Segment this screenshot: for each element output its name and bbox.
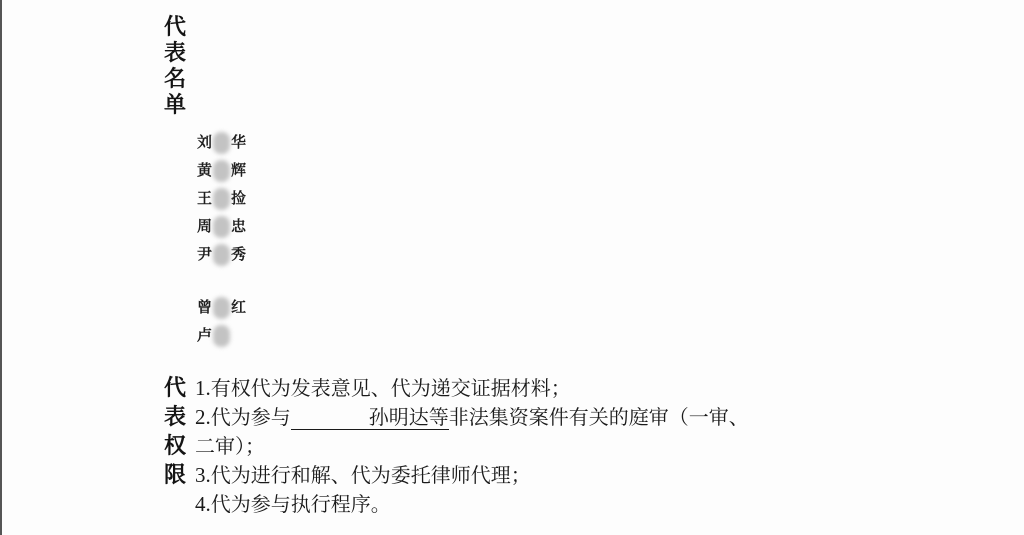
name-first-char: 曾 <box>196 293 213 321</box>
heading-char: 代 <box>162 15 188 41</box>
item-text: 代为进行和解、代为委托律师代理； <box>211 463 531 487</box>
document-page: 代 表 名 单 刘华 黄辉 王捡 周忠 尹秀 曾红 卢 代 表 权 限 <box>0 0 1024 535</box>
name-last-char: 捡 <box>230 184 247 212</box>
representative-list-heading: 代 表 名 单 <box>162 15 188 119</box>
representative-authority-heading: 代 表 权 限 <box>162 374 188 490</box>
name-last-char: 华 <box>230 128 247 156</box>
heading-char: 代 <box>162 374 188 403</box>
name-last-char: 红 <box>230 293 247 321</box>
item-text-after: 非法集资案件有关的庭审（一审、 <box>449 405 749 429</box>
redaction-mask <box>213 188 230 210</box>
name-entry: 周忠 <box>196 212 247 240</box>
name-first-char: 王 <box>196 184 213 212</box>
name-entry: 曾红 <box>196 293 247 321</box>
name-first-char: 卢 <box>196 321 213 349</box>
heading-char: 限 <box>162 461 188 490</box>
item-text: 有权代为发表意见、代为递交证据材料； <box>211 376 571 400</box>
name-entry: 王捡 <box>196 184 247 212</box>
authority-item: 4.代为参与执行程序。 <box>195 490 749 519</box>
case-name-fill-field: 孙明达等 <box>291 405 449 430</box>
name-first-char: 尹 <box>196 240 213 268</box>
redaction-mask <box>213 325 230 347</box>
authority-item: 2.代为参与孙明达等非法集资案件有关的庭审（一审、 <box>195 403 749 432</box>
heading-char: 名 <box>162 67 188 93</box>
name-first-char: 周 <box>196 212 213 240</box>
redaction-mask <box>213 132 230 154</box>
item-text-before: 代为参与 <box>211 405 291 429</box>
name-last-char: 忠 <box>230 212 247 240</box>
name-last-char: 秀 <box>230 240 247 268</box>
authority-item: 3.代为进行和解、代为委托律师代理； <box>195 461 749 490</box>
representative-name-list: 刘华 黄辉 王捡 周忠 尹秀 曾红 卢 <box>196 128 247 349</box>
redaction-mask <box>213 160 230 182</box>
authority-list: 1.有权代为发表意见、代为递交证据材料； 2.代为参与孙明达等非法集资案件有关的… <box>195 374 749 519</box>
item-text: 二审）； <box>195 434 265 458</box>
name-entry: 卢 <box>196 321 247 349</box>
item-number: 4. <box>195 492 211 516</box>
name-entry: 尹秀 <box>196 240 247 268</box>
heading-char: 单 <box>162 93 188 119</box>
name-last-char: 辉 <box>230 156 247 184</box>
name-first-char: 刘 <box>196 128 213 156</box>
authority-item: 1.有权代为发表意见、代为递交证据材料； <box>195 374 749 403</box>
heading-char: 权 <box>162 432 188 461</box>
name-first-char: 黄 <box>196 156 213 184</box>
heading-char: 表 <box>162 41 188 67</box>
name-entry: 黄辉 <box>196 156 247 184</box>
item-number: 3. <box>195 463 211 487</box>
redaction-mask <box>213 216 230 238</box>
item-number: 2. <box>195 405 211 429</box>
redaction-mask <box>213 244 230 266</box>
item-number: 1. <box>195 376 211 400</box>
heading-char: 表 <box>162 403 188 432</box>
redaction-mask <box>213 297 230 319</box>
name-entry: 刘华 <box>196 128 247 156</box>
item-text: 代为参与执行程序。 <box>211 492 391 516</box>
authority-item-continuation: 二审）； <box>195 432 749 461</box>
